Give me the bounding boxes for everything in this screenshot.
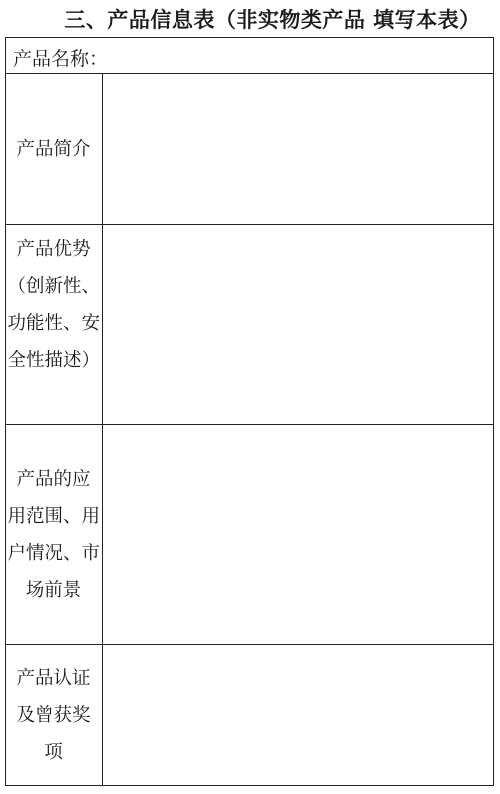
row-label: 产品优势 （创新性、 功能性、安 全性描述） bbox=[8, 231, 100, 379]
page-title: 三、产品信息表（非实物类产品 填写本表） bbox=[0, 4, 500, 34]
label-line: 产品优势 bbox=[8, 231, 100, 268]
label-line: 场前景 bbox=[8, 572, 100, 609]
label-line: 产品简介 bbox=[8, 131, 100, 168]
label-line: 产品认证 bbox=[8, 660, 100, 697]
table-row-advantages: 产品优势 （创新性、 功能性、安 全性描述） bbox=[5, 225, 494, 425]
row-label: 产品认证 及曾获奖 项 bbox=[8, 660, 100, 771]
value-cell-certifications[interactable] bbox=[103, 645, 494, 786]
label-cell-applications: 产品的应 用范围、用 户情况、市 场前景 bbox=[5, 425, 103, 644]
table-row-intro: 产品简介 bbox=[5, 74, 494, 225]
label-line: 户情况、市 bbox=[8, 535, 100, 572]
row-label: 产品简介 bbox=[8, 131, 100, 168]
label-line: 项 bbox=[8, 734, 100, 771]
label-line: 用范围、用 bbox=[8, 498, 100, 535]
product-name-label: 产品名称： bbox=[13, 44, 108, 71]
label-cell-certifications: 产品认证 及曾获奖 项 bbox=[5, 645, 103, 786]
product-name-row[interactable]: 产品名称： bbox=[5, 37, 494, 74]
label-line: 全性描述） bbox=[8, 342, 100, 379]
label-cell-advantages: 产品优势 （创新性、 功能性、安 全性描述） bbox=[5, 225, 103, 424]
table-row-applications: 产品的应 用范围、用 户情况、市 场前景 bbox=[5, 425, 494, 645]
label-line: （创新性、 bbox=[8, 268, 100, 305]
label-line: 及曾获奖 bbox=[8, 697, 100, 734]
label-cell-intro: 产品简介 bbox=[5, 74, 103, 224]
value-cell-advantages[interactable] bbox=[103, 225, 494, 424]
table-row-certifications: 产品认证 及曾获奖 项 bbox=[5, 645, 494, 786]
value-cell-intro[interactable] bbox=[103, 74, 494, 224]
row-label: 产品的应 用范围、用 户情况、市 场前景 bbox=[8, 461, 100, 609]
label-line: 功能性、安 bbox=[8, 305, 100, 342]
label-line: 产品的应 bbox=[8, 461, 100, 498]
value-cell-applications[interactable] bbox=[103, 425, 494, 644]
